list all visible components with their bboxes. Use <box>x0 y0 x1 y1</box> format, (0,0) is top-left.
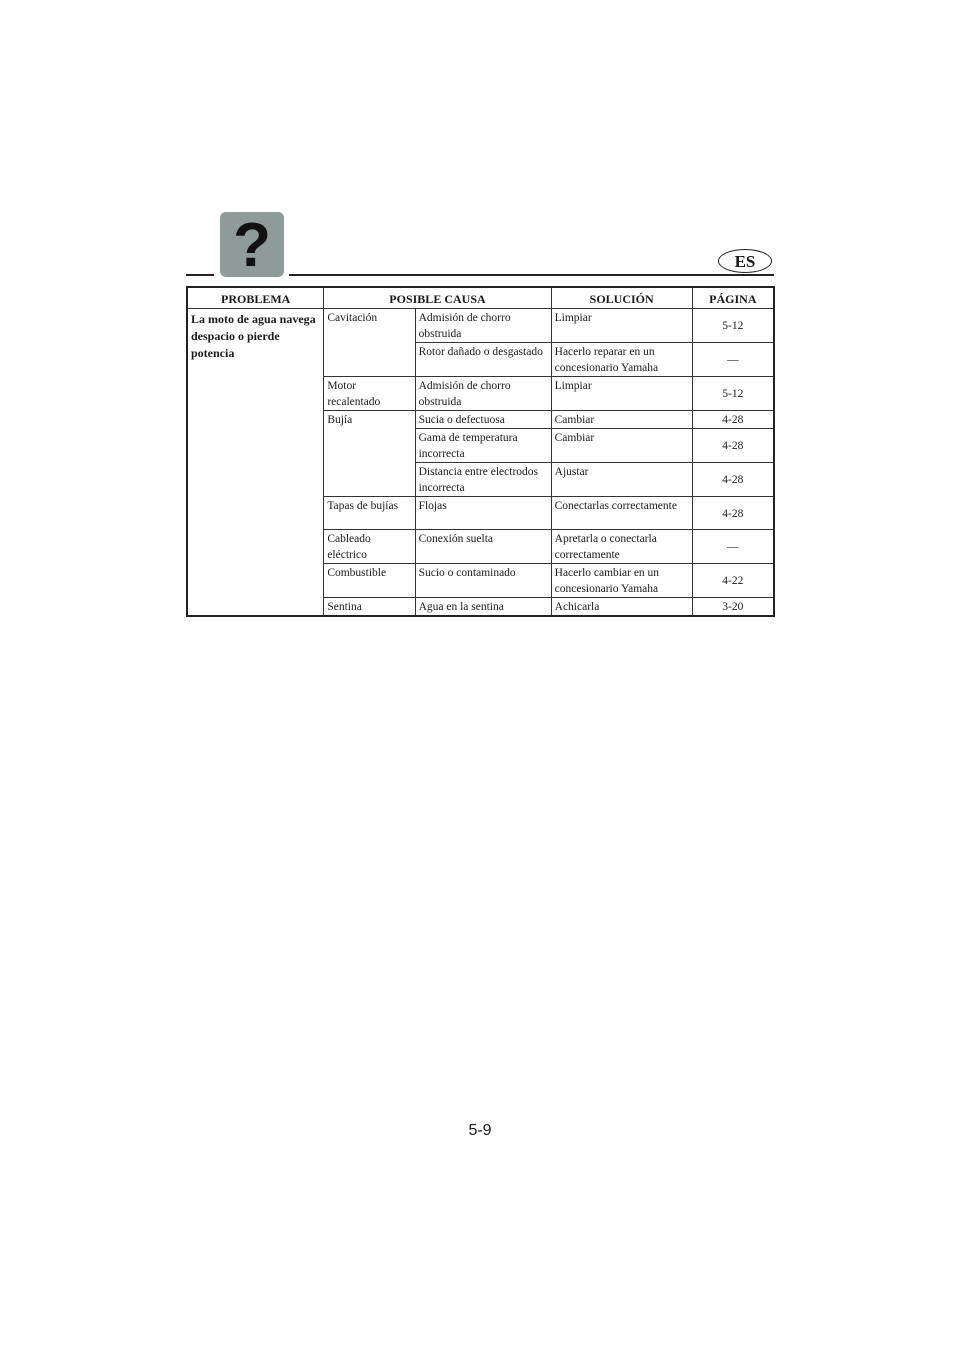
cause-detail-cell: Admisión de chorro obstruida <box>415 377 551 411</box>
cause-detail-cell: Agua en la sentina <box>415 598 551 617</box>
language-badge: ES <box>718 249 772 273</box>
column-header-pagina: PÁGINA <box>692 287 774 309</box>
question-mark-glyph: ? <box>233 215 271 277</box>
page-number: 5-9 <box>0 1122 960 1140</box>
table-row: La moto de agua navega despacio o pierde… <box>187 309 774 343</box>
cause-detail-cell: Sucio o contaminado <box>415 564 551 598</box>
column-header-solucion: SOLUCIÓN <box>551 287 692 309</box>
column-header-problema: PROBLEMA <box>187 287 324 309</box>
problem-cell: La moto de agua navega despacio o pierde… <box>187 309 324 617</box>
table-header-row: PROBLEMA POSIBLE CAUSA SOLUCIÓN PÁGINA <box>187 287 774 309</box>
cause-cell: Cableado eléctrico <box>324 530 415 564</box>
page-cell: 4-22 <box>692 564 774 598</box>
solution-cell: Limpiar <box>551 377 692 411</box>
cause-cell: Motor recalentado <box>324 377 415 411</box>
cause-detail-cell: Admisión de chorro obstruida <box>415 309 551 343</box>
solution-cell: Achicarla <box>551 598 692 617</box>
cause-cell: Bujía <box>324 411 415 497</box>
solution-cell: Apretarla o conectarla correctamente <box>551 530 692 564</box>
cause-detail-cell: Sucia o defectuosa <box>415 411 551 429</box>
cause-detail-cell: Conexión suelta <box>415 530 551 564</box>
cause-detail-cell: Flojas <box>415 497 551 530</box>
page-cell: — <box>692 530 774 564</box>
header-rule-right <box>289 274 774 276</box>
page-cell: 4-28 <box>692 463 774 497</box>
cause-cell: Sentina <box>324 598 415 617</box>
page-cell: 5-12 <box>692 309 774 343</box>
cause-cell: Combustible <box>324 564 415 598</box>
solution-cell: Ajustar <box>551 463 692 497</box>
cause-cell: Cavitación <box>324 309 415 377</box>
cause-cell: Tapas de bujías <box>324 497 415 530</box>
page-cell: 4-28 <box>692 411 774 429</box>
column-header-posible-causa: POSIBLE CAUSA <box>324 287 551 309</box>
solution-cell: Cambiar <box>551 411 692 429</box>
troubleshooting-table: PROBLEMA POSIBLE CAUSA SOLUCIÓN PÁGINA L… <box>186 286 775 617</box>
page-cell: 4-28 <box>692 429 774 463</box>
solution-cell: Conectarlas correctamente <box>551 497 692 530</box>
solution-cell: Cambiar <box>551 429 692 463</box>
page-cell: 3-20 <box>692 598 774 617</box>
cause-detail-cell: Gama de temperatura incorrecta <box>415 429 551 463</box>
question-mark-icon: ? <box>220 212 284 277</box>
solution-cell: Hacerlo reparar en un concesionario Yama… <box>551 343 692 377</box>
cause-detail-cell: Distancia entre electrodos incorrecta <box>415 463 551 497</box>
solution-cell: Hacerlo cambiar en un concesionario Yama… <box>551 564 692 598</box>
page-cell: — <box>692 343 774 377</box>
cause-detail-cell: Rotor dañado o desgastado <box>415 343 551 377</box>
page-cell: 4-28 <box>692 497 774 530</box>
solution-cell: Limpiar <box>551 309 692 343</box>
header-rule-left <box>186 274 214 276</box>
page-cell: 5-12 <box>692 377 774 411</box>
